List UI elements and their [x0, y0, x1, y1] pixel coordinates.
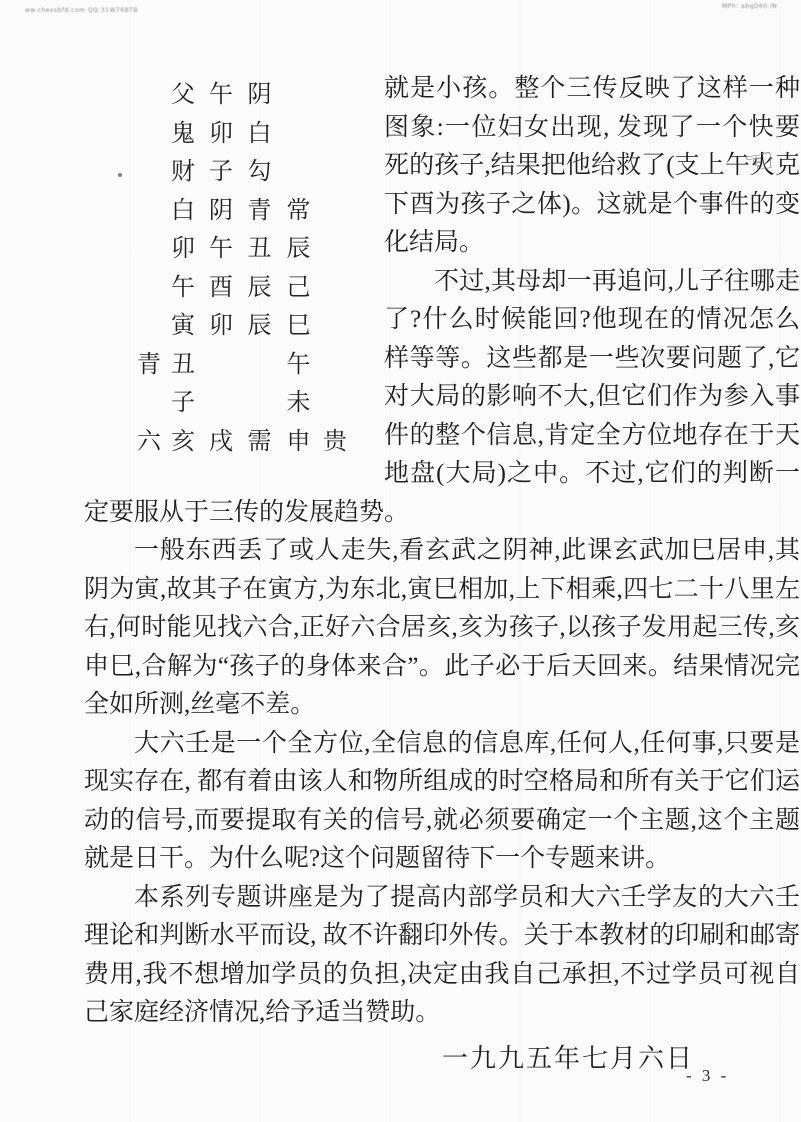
liuren-chart: 父午阴鬼卯白财子勾白阴青常卯午丑辰午酉辰己寅卯辰巳青丑午子未六亥戌需申贵	[84, 70, 384, 462]
chart-cell: 丑	[164, 346, 202, 385]
chart-cell: 白	[164, 192, 202, 231]
chart-cell: 六	[134, 423, 164, 462]
pointing-hand-icon: ☜	[741, 140, 777, 184]
chart-cell: 青	[134, 346, 164, 385]
chart-cell: 子	[164, 384, 202, 423]
body-paragraph: 一般东西丢了或人走失,看玄武之阴神,此课玄武加巳居申,其阴为寅,故其子在寅方,为…	[84, 532, 800, 725]
chart-row: 鬼卯白	[134, 115, 384, 154]
chart-cell: 午	[279, 346, 318, 385]
chart-cell: 己	[279, 269, 318, 308]
chart-cell: 亥	[164, 423, 202, 462]
chart-row: 六亥戌需申贵	[134, 423, 384, 462]
chart-cell: 勾	[240, 153, 279, 192]
chart-cell: 午	[202, 230, 240, 269]
chart-cell: 常	[279, 192, 318, 231]
chart-cell: 青	[240, 192, 279, 231]
chart-cell: 午	[202, 76, 240, 115]
chart-cell: 戌	[202, 423, 240, 462]
page-number: - 3 -	[686, 1066, 729, 1086]
page-content: 父午阴鬼卯白财子勾白阴青常卯午丑辰午酉辰己寅卯辰巳青丑午子未六亥戌需申贵 就是小…	[84, 70, 800, 1033]
chart-row: 青丑午	[134, 346, 384, 385]
date-line: 一九九五年七月六日	[84, 1038, 694, 1075]
chart-cell: 贵	[318, 423, 352, 462]
chart-row: 寅卯辰巳	[134, 307, 384, 346]
chart-cell: 申	[279, 423, 318, 462]
chart-row: 午酉辰己	[134, 269, 384, 308]
body-paragraph: 本系列专题讲座是为了提高内部学员和大六壬学友的大六壬理论和判断水平而设, 故不许…	[84, 879, 800, 1033]
chart-row: 财子勾	[134, 153, 384, 192]
body-paragraph: 大六壬是一个全方位,全信息的信息库,任何人,任何事,只要是现实存在, 都有着由该…	[84, 725, 800, 879]
chart-cell: 寅	[164, 307, 202, 346]
chart-cell: 鬼	[164, 115, 202, 154]
chart-cell: 白	[240, 115, 279, 154]
chart-cell: 父	[164, 76, 202, 115]
chart-cell: 酉	[202, 269, 240, 308]
chart-cell: 子	[202, 153, 240, 192]
watermark-top-left: ww.chexsbfd.com QQ:31W76BTB	[25, 7, 138, 14]
chart-cell: 卯	[202, 307, 240, 346]
chart-row: 子未	[134, 384, 384, 423]
chart-cell: 需	[240, 423, 279, 462]
chart-cell: 卯	[202, 115, 240, 154]
chart-cell: 阴	[240, 76, 279, 115]
chart-cell: 阴	[202, 192, 240, 231]
chart-cell: 巳	[279, 307, 318, 346]
chart-cell: 卯	[164, 230, 202, 269]
chart-row: 白阴青常	[134, 192, 384, 231]
chart-cell: 财	[164, 153, 202, 192]
chart-cell: 未	[279, 384, 318, 423]
chart-cell: 午	[164, 269, 202, 308]
chart-row: 卯午丑辰	[134, 230, 384, 269]
chart-cell: 辰	[240, 269, 279, 308]
chart-cell: 丑	[240, 230, 279, 269]
chart-cell: 辰	[279, 230, 318, 269]
watermark-top-right: MPh: abqD60.IN	[722, 3, 777, 10]
chart-cell: 辰	[240, 307, 279, 346]
chart-row: 父午阴	[134, 76, 384, 115]
